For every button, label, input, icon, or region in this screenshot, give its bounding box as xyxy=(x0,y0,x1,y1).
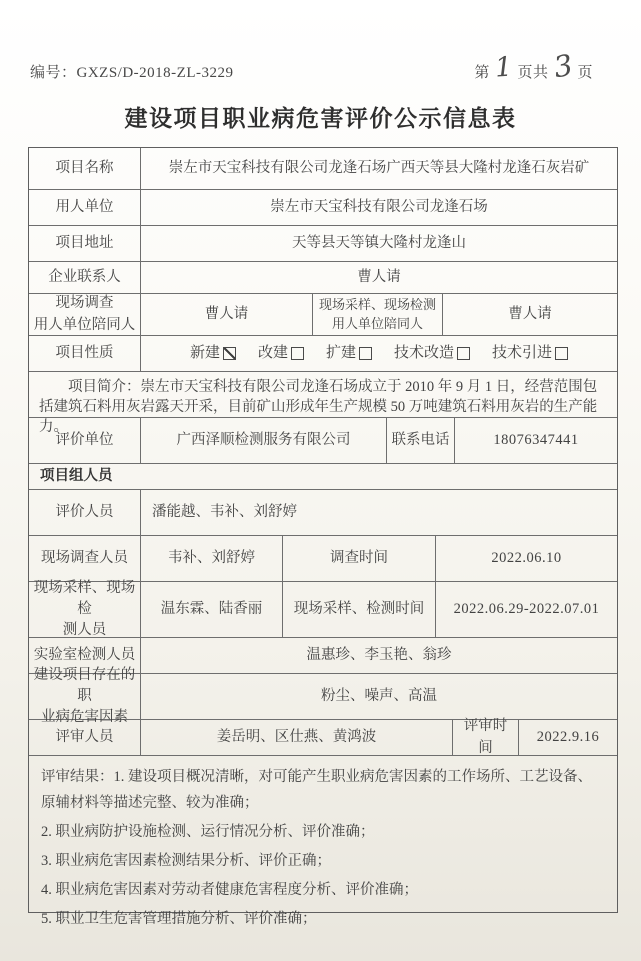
project-nature-label: 项目性质 xyxy=(29,336,141,371)
table-row-sampling-staff: 现场采样、现场检 测人员 温东霖、陆香丽 现场采样、检测时间 2022.06.2… xyxy=(29,582,617,638)
survey-staff-value: 韦补、刘舒婷 xyxy=(141,536,283,581)
option-technology-import: 技术引进 xyxy=(492,343,568,365)
table-row-escort: 现场调查 用人单位陪同人 曹人请 现场采样、现场检测 用人单位陪同人 曹人请 xyxy=(29,294,617,336)
option-expansion-label: 扩建 xyxy=(326,343,356,365)
table-row-evaluation-org: 评价单位 广西泽顺检测服务有限公司 联系电话 18076347441 xyxy=(29,418,617,464)
employer-label: 用人单位 xyxy=(29,190,141,225)
evaluation-org-label: 评价单位 xyxy=(29,418,141,463)
sampling-escort-label: 现场采样、现场检测 用人单位陪同人 xyxy=(313,294,443,335)
table-row-survey-staff: 现场调查人员 韦补、刘舒婷 调查时间 2022.06.10 xyxy=(29,536,617,582)
table-row-address: 项目地址 天等县天等镇大隆村龙逢山 xyxy=(29,226,617,262)
review-result-line-1: 评审结果：1. 建设项目概况清晰，对可能产生职业病危害因素的工作场所、工艺设备、… xyxy=(41,764,605,816)
info-table: 项目名称 崇左市天宝科技有限公司龙逢石场广西天等县大隆村龙逢石灰岩矿 用人单位 … xyxy=(28,147,618,913)
phone-label: 联系电话 xyxy=(387,418,455,463)
survey-escort-value: 曹人请 xyxy=(141,294,313,335)
new-construction-checkbox-icon xyxy=(223,347,236,360)
review-result-line-3: 3. 职业病危害因素检测结果分析、评价正确； xyxy=(41,848,605,874)
table-row-contact: 企业联系人 曹人请 xyxy=(29,262,617,294)
project-name-label: 项目名称 xyxy=(29,148,141,189)
hazards-label-line1: 建设项目存在的职 xyxy=(33,665,136,707)
lab-staff-value: 温惠珍、李玉艳、翁珍 xyxy=(141,638,617,673)
document-header: 编号：GXZS/D-2018-ZL-3229 第 1 页共 3 页 xyxy=(30,56,611,86)
survey-time-label: 调查时间 xyxy=(283,536,436,581)
project-name-value: 崇左市天宝科技有限公司龙逢石场广西天等县大隆村龙逢石灰岩矿 xyxy=(141,148,617,189)
sampling-staff-label-line1: 现场采样、现场检 xyxy=(33,578,136,620)
page-suffix: 页 xyxy=(577,61,593,82)
review-result-line-5: 5. 职业卫生危害管理措施分析、评价准确； xyxy=(41,906,605,932)
hazards-label: 建设项目存在的职 业病危害因素 xyxy=(29,674,141,719)
review-staff-value: 姜岳明、区仕燕、黄鸿波 xyxy=(141,720,453,755)
option-reconstruction-label: 改建 xyxy=(258,343,288,365)
sampling-time-value: 2022.06.29-2022.07.01 xyxy=(436,582,617,637)
contact-label: 企业联系人 xyxy=(29,262,141,293)
employer-value: 崇左市天宝科技有限公司龙逢石场 xyxy=(141,190,617,225)
technical-renovation-checkbox-icon xyxy=(457,347,470,360)
page-middle: 页共 xyxy=(518,61,549,82)
scanned-document-page: 编号：GXZS/D-2018-ZL-3229 第 1 页共 3 页 建设项目职业… xyxy=(0,0,641,961)
sampling-escort-label-line2: 用人单位陪同人 xyxy=(332,315,423,334)
table-row-review-staff: 评审人员 姜岳明、区仕燕、黄鸿波 评审时间 2022.9.16 xyxy=(29,720,617,756)
table-row-team-header: 项目组人员 xyxy=(29,464,617,490)
review-results: 评审结果：1. 建设项目概况清晰，对可能产生职业病危害因素的工作场所、工艺设备、… xyxy=(29,756,617,912)
page-prefix: 第 xyxy=(474,61,490,82)
survey-staff-label: 现场调查人员 xyxy=(29,536,141,581)
phone-value: 18076347441 xyxy=(455,418,617,463)
survey-escort-label-line1: 现场调查 xyxy=(56,293,114,314)
table-row-eval-staff: 评价人员 潘能越、韦补、刘舒婷 xyxy=(29,490,617,536)
hazards-value: 粉尘、噪声、高温 xyxy=(141,674,617,719)
technology-import-checkbox-icon xyxy=(555,347,568,360)
review-time-label: 评审时间 xyxy=(453,720,519,755)
option-technology-import-label: 技术引进 xyxy=(492,343,552,365)
sampling-time-label: 现场采样、检测时间 xyxy=(283,582,436,637)
sampling-escort-label-line1: 现场采样、现场检测 xyxy=(319,296,436,315)
option-technical-renovation: 技术改造 xyxy=(394,343,470,365)
sampling-escort-value: 曹人请 xyxy=(443,294,617,335)
survey-escort-label-line2: 用人单位陪同人 xyxy=(34,315,136,336)
project-brief: 项目简介：崇左市天宝科技有限公司龙逢石场成立于 2010 年 9 月 1 日，经… xyxy=(29,372,617,417)
review-result-line-2: 2. 职业病防护设施检测、运行情况分析、评价准确； xyxy=(41,819,605,845)
address-label: 项目地址 xyxy=(29,226,141,261)
expansion-checkbox-icon xyxy=(359,347,372,360)
current-page-number: 1 xyxy=(494,57,513,78)
table-row-project-brief: 项目简介：崇左市天宝科技有限公司龙逢石场成立于 2010 年 9 月 1 日，经… xyxy=(29,372,617,418)
option-technical-renovation-label: 技术改造 xyxy=(394,343,454,365)
table-row-employer: 用人单位 崇左市天宝科技有限公司龙逢石场 xyxy=(29,190,617,226)
eval-staff-value: 潘能越、韦补、刘舒婷 xyxy=(141,490,617,535)
page-title: 建设项目职业病危害评价公示信息表 xyxy=(0,100,641,133)
eval-staff-label: 评价人员 xyxy=(29,490,141,535)
contact-value: 曹人请 xyxy=(141,262,617,293)
review-staff-label: 评审人员 xyxy=(29,720,141,755)
review-result-line-4: 4. 职业病危害因素对劳动者健康危害程度分析、评价准确； xyxy=(41,877,605,903)
page-indicator: 第 1 页共 3 页 xyxy=(474,56,593,86)
table-row-hazards: 建设项目存在的职 业病危害因素 粉尘、噪声、高温 xyxy=(29,674,617,720)
evaluation-org-value: 广西泽顺检测服务有限公司 xyxy=(141,418,387,463)
sampling-staff-value: 温东霖、陆香丽 xyxy=(141,582,283,637)
table-row-review-results: 评审结果：1. 建设项目概况清晰，对可能产生职业病危害因素的工作场所、工艺设备、… xyxy=(29,756,617,912)
address-value: 天等县天等镇大隆村龙逢山 xyxy=(141,226,617,261)
option-expansion: 扩建 xyxy=(326,343,372,365)
option-new-construction-label: 新建 xyxy=(190,343,220,365)
survey-time-value: 2022.06.10 xyxy=(436,536,617,581)
sampling-staff-label: 现场采样、现场检 测人员 xyxy=(29,582,141,637)
total-page-number: 3 xyxy=(552,55,574,78)
survey-escort-label: 现场调查 用人单位陪同人 xyxy=(29,294,141,335)
option-new-construction: 新建 xyxy=(190,343,236,365)
table-row-project-nature: 项目性质 新建 改建 扩建 技术改造 xyxy=(29,336,617,372)
table-row-project-name: 项目名称 崇左市天宝科技有限公司龙逢石场广西天等县大隆村龙逢石灰岩矿 xyxy=(29,148,617,190)
doc-number: 编号：GXZS/D-2018-ZL-3229 xyxy=(30,61,233,82)
team-section-header: 项目组人员 xyxy=(29,464,617,489)
project-nature-options: 新建 改建 扩建 技术改造 技术引进 xyxy=(141,336,617,371)
review-time-value: 2022.9.16 xyxy=(519,720,617,755)
reconstruction-checkbox-icon xyxy=(291,347,304,360)
option-reconstruction: 改建 xyxy=(258,343,304,365)
